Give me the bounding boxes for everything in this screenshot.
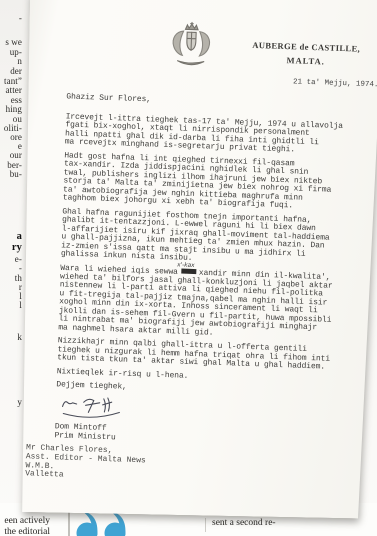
- letterhead-line2: MALTA.: [248, 54, 364, 68]
- paragraph-1: Ircevejt l-ittra tieghek tas-17 ta' Mejj…: [65, 113, 372, 158]
- recipient-address: Mr Charles Flores,Asst. Editor - Malta N…: [25, 444, 146, 483]
- letter-date: 21 ta' Mejju, 1974.: [293, 78, 377, 89]
- paragraph-2: Hadt gost hafna li int qieghed tirnexxi …: [63, 152, 371, 214]
- paragraph-4: Wara li wiehed iqis sewwax'-kaxxandir mi…: [58, 264, 366, 343]
- handwritten-annotation: x'-kax: [177, 261, 195, 269]
- salutation: Ghaziz Sur Flores,: [66, 93, 372, 112]
- letter-paper: AUBERGE de CASTILLE, MALTA. 21 ta' Mejju…: [20, 0, 377, 519]
- letterhead-line1: AUBERGE de CASTILLE,: [248, 40, 364, 54]
- typed-correction: x'-kax: [181, 268, 196, 278]
- letterhead: AUBERGE de CASTILLE, MALTA.: [248, 40, 365, 68]
- paragraph-3: Ghal hafna ragunijiet fosthom tnejn impo…: [61, 208, 369, 270]
- letter-photo: AUBERGE de CASTILLE, MALTA. 21 ta' Mejju…: [0, 0, 377, 536]
- letter-content: AUBERGE de CASTILLE, MALTA. 21 ta' Mejju…: [12, 0, 377, 524]
- handwritten-signature: [59, 393, 140, 422]
- letter-body: Ghaziz Sur Flores, Ircevejt l-ittra tieg…: [54, 93, 372, 450]
- redacted-word: [181, 268, 196, 274]
- paragraph-4-rest: wiehed ta' bilfors jasal ghall-konkluzjo…: [58, 273, 366, 343]
- malta-coat-of-arms-icon: [163, 19, 219, 73]
